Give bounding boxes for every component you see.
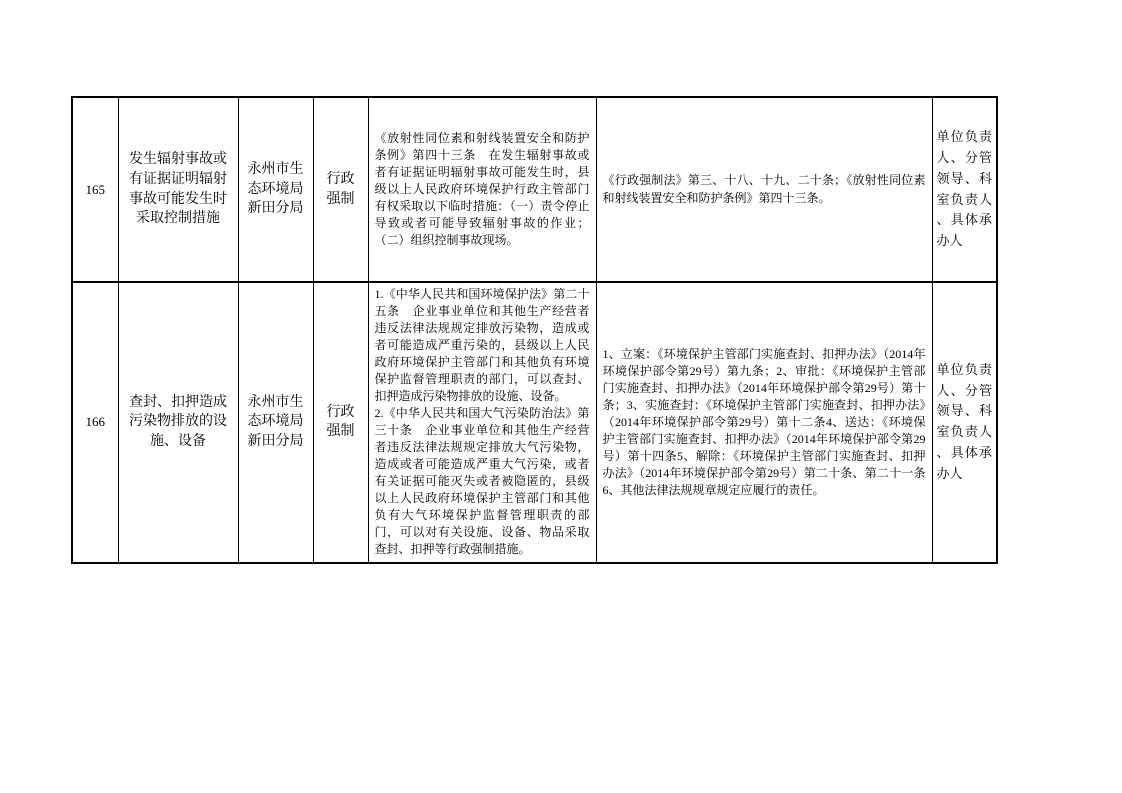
cell-power-type: 行政强制 (313, 282, 368, 563)
cell-seq: 165 (72, 97, 118, 282)
table-row: 166 查封、扣押造成污染物排放的设施、设备 永州市生态环境局新田分局 行政强制… (72, 282, 997, 563)
cell-item-name: 查封、扣押造成污染物排放的设施、设备 (118, 282, 238, 563)
document-page: 165 发生辐射事故或有证据证明辐射事故可能发生时采取控制措施 永州市生态环境局… (0, 0, 1122, 793)
cell-item-name: 发生辐射事故或有证据证明辐射事故可能发生时采取控制措施 (118, 97, 238, 282)
cell-responsible-persons: 单位负责人、分管领导、科室负责人、具体承办人 (932, 97, 997, 282)
cell-seq: 166 (72, 282, 118, 563)
power-list-table: 165 发生辐射事故或有证据证明辐射事故可能发生时采取控制措施 永州市生态环境局… (71, 96, 998, 564)
cell-implementation-process: 《行政强制法》第三、十八、十九、二十条；《放射性同位素和射线装置安全和防护条例》… (596, 97, 932, 282)
table-row: 165 发生辐射事故或有证据证明辐射事故可能发生时采取控制措施 永州市生态环境局… (72, 97, 997, 282)
cell-implementing-agency: 永州市生态环境局新田分局 (238, 282, 313, 563)
cell-responsible-persons: 单位负责人、分管领导、科室负责人、具体承办人 (932, 282, 997, 563)
cell-power-type: 行政强制 (313, 97, 368, 282)
cell-implementation-process: 1、立案：《环境保护主管部门实施查封、扣押办法》（2014年环境保护部令第29号… (596, 282, 932, 563)
cell-legal-basis: 《放射性同位素和射线装置安全和防护条例》第四十三条 在发生辐射事故或者有证据证明… (368, 97, 596, 282)
cell-legal-basis: 1.《中华人民共和国环境保护法》第二十五条 企业事业单位和其他生产经营者违反法律… (368, 282, 596, 563)
cell-implementing-agency: 永州市生态环境局新田分局 (238, 97, 313, 282)
